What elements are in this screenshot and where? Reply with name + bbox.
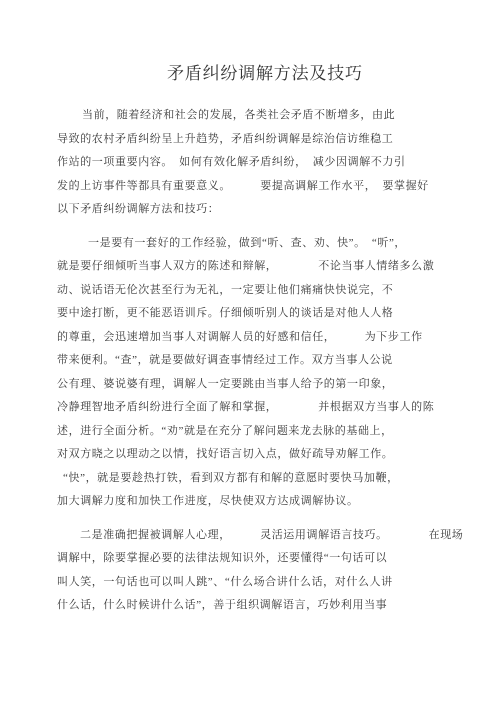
document-body: 当前，随着经济和社会的发展，各类社会矛盾不断增多，由此导致的农村矛盾纠纷呈上升趋…	[57, 104, 455, 618]
text-line: 就是要仔细倾听当事人双方的陈述和辩解， 不论当事人情绪多么激	[57, 255, 455, 279]
text-line: 当前，随着经济和社会的发展，各类社会矛盾不断增多，由此	[57, 104, 455, 128]
text-line: “快”，就是要趁热打铁，看到双方都有和解的意愿时要快马加鞭，	[57, 467, 455, 491]
text-line: 调解中，除要掌握必要的法律法规知识外，还要懂得“一句话可以	[57, 547, 455, 571]
text-line: 一是要有一套好的工作经验，做到“听、查、劝、快”。 “听”，	[57, 232, 455, 256]
paragraph: 一是要有一套好的工作经验，做到“听、查、劝、快”。 “听”，就是要仔细倾听当事人…	[57, 232, 455, 514]
paragraph: 当前，随着经济和社会的发展，各类社会矛盾不断增多，由此导致的农村矛盾纠纷呈上升趋…	[57, 104, 455, 222]
text-line: 以下矛盾纠纷调解方法和技巧：	[57, 198, 455, 222]
text-line: 发的上访事件等都具有重要意义。 要提高调解工作水平， 要掌握好	[57, 175, 455, 199]
text-line: 导致的农村矛盾纠纷呈上升趋势，矛盾纠纷调解是综治信访维稳工	[57, 128, 455, 152]
text-line: 带来便利。“查”，就是要做好调查事情经过工作。双方当事人公说	[57, 349, 455, 373]
text-line: 什么话，什么时候讲什么话”，善于组织调解语言，巧妙利用当事	[57, 594, 455, 618]
text-line: 述，进行全面分析。“劝”就是在充分了解问题来龙去脉的基础上，	[57, 420, 455, 444]
text-line: 作站的一项重要内容。 如何有效化解矛盾纠纷， 减少因调解不力引	[57, 151, 455, 175]
text-line: 公有理、婆说婆有理，调解人一定要跳由当事人给予的第一印象，	[57, 373, 455, 397]
text-line: 的尊重，会迅速增加当事人对调解人员的好感和信任， 为下步工作	[57, 326, 455, 350]
text-line: 要中途打断，更不能恶语训斥。仔细倾听别人的谈话是对他人人格	[57, 302, 455, 326]
text-line: 加大调解力度和加快工作进度，尽快使双方达成调解协议。	[57, 490, 455, 514]
document-page: 矛盾纠纷调解方法及技巧 当前，随着经济和社会的发展，各类社会矛盾不断增多，由此导…	[0, 0, 500, 708]
text-line: 对双方晓之以理动之以情，找好语言切入点，做好疏导劝解工作。	[57, 443, 455, 467]
text-line: 二是准确把握被调解人心理， 灵活运用调解语言技巧。 在现场	[57, 524, 455, 548]
text-line: 动、说话语无伦次甚至行为无礼，一定要让他们痛痛快快说完，不	[57, 279, 455, 303]
text-line: 冷静理智地矛盾纠纷进行全面了解和掌握， 并根据双方当事人的陈	[57, 396, 455, 420]
text-line: 叫人笑，一句话也可以叫人跳”、“什么场合讲什么话，对什么人讲	[57, 571, 455, 595]
paragraph: 二是准确把握被调解人心理， 灵活运用调解语言技巧。 在现场调解中，除要掌握必要的…	[57, 524, 455, 618]
document-title: 矛盾纠纷调解方法及技巧	[167, 62, 455, 85]
